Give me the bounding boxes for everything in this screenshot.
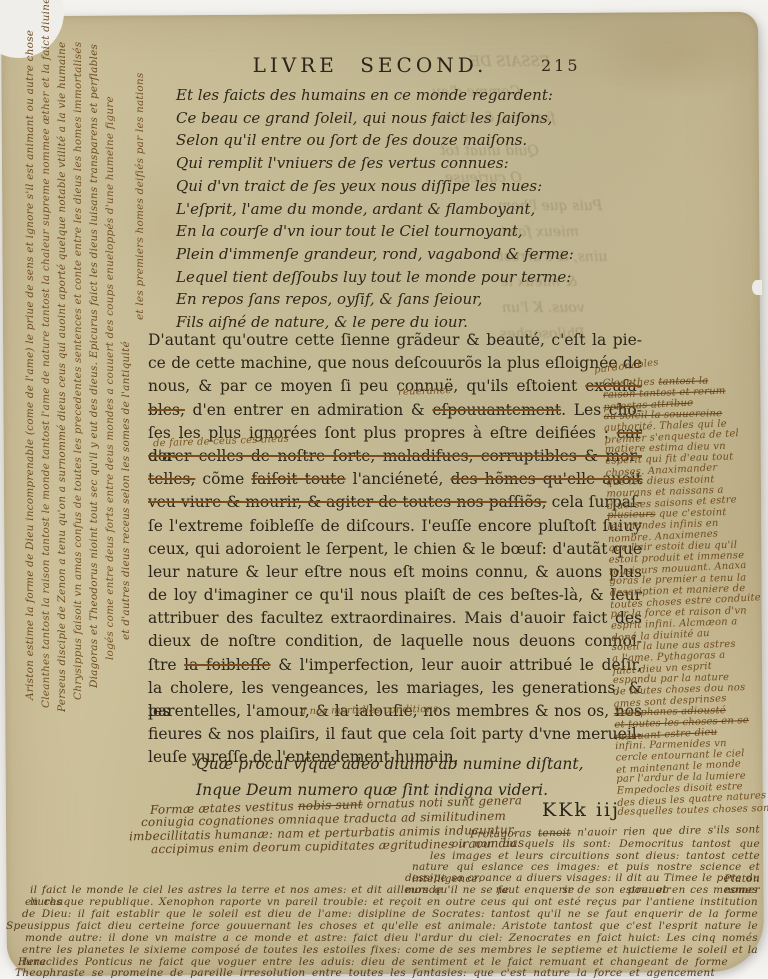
prose-line: D'autant qu'outre cette ſienne grãdeur &… [148, 329, 642, 352]
verse-line: Plein d'immenſe grandeur, rond, vagabond… [176, 243, 574, 266]
text-segment: Diagoras et Theodorus nioint tout sec qu… [88, 44, 100, 688]
verse-block: Et les faicts des humains en ce monde re… [176, 84, 574, 334]
prose-line: fieures & nos plaiſirs, il faut que cela… [148, 723, 642, 746]
text-segment: ce de cette machine, que nous deſcouurõs… [148, 354, 642, 372]
text-segment: Cleanthes [602, 377, 658, 389]
text-segment: Quæ procul vſque adeo diuino ab numine d… [196, 755, 584, 773]
text-segment: L'eſprit, l'ame du monde, ardant & flamb… [176, 200, 535, 218]
prose-line: ce de cette machine, que nous deſcouurõs… [148, 352, 642, 375]
handwritten-line: ou non ou quels ils sont: Democritus tan… [452, 838, 760, 850]
text-segment: logés come entre deus forts entre deus m… [104, 96, 116, 660]
handwritten-vertical-line: et d'autres dieus receus selon les somes… [120, 341, 132, 640]
latin-verse-block: Quæ procul vſque adeo diuino ab numine d… [196, 752, 584, 803]
prose-line: veu viure & mourir, & agiter de toutes n… [148, 491, 642, 514]
prose-line: leur nature & leur eſtre nous eſt moins … [148, 561, 642, 584]
prose-line: de loy d'imaginer ce qu'il nous plaiſt d… [148, 584, 642, 607]
text-segment: l'anciéneté, [346, 470, 451, 488]
text-segment: d'en entrer en admiration & [185, 401, 432, 419]
text-segment: ſe l'extreme foibleſſe de diſcours. I'eu… [148, 517, 642, 535]
prose-line: bles, d'en entrer en admiration & eſpouu… [148, 399, 642, 422]
text-segment: monde autre: il done vn maistre a ce mon… [25, 932, 758, 944]
signature-mark: KKk iij [542, 799, 620, 821]
prose-line: ſe l'extreme foibleſſe de diſcours. I'eu… [148, 515, 642, 538]
text-segment: et d'autres dieus receus selon les somes… [120, 341, 132, 640]
prose-line: nous, & par ce moyen ſi peu connuë, qu'i… [148, 375, 642, 398]
text-segment: nous, & par ce moyen ſi peu connuë, qu'i… [148, 377, 585, 395]
paper-chip [752, 280, 762, 295]
prose-line: telles, cõme faiſoit toute l'anciéneté, … [148, 468, 642, 491]
handwritten-line: monde autre: il done vn maistre a ce mon… [25, 932, 758, 944]
verse-line: Ce beau ce grand ſoleil, qui nous faict … [176, 107, 574, 130]
text-segment: Et les faicts des humains en ce monde re… [176, 86, 553, 104]
struck-text: faiſoit toute [251, 470, 345, 488]
handwritten-vertical-line: logés come entre deus forts entre deus m… [104, 96, 116, 660]
text-segment: fieures & nos plaiſirs, il faut que cela… [148, 725, 642, 743]
prose-line: ſtre la foibleſſe & l'imperfection, leur… [148, 654, 642, 677]
text-segment: Theophraste se promeine de pareille irre… [15, 967, 715, 979]
verse-line: L'eſprit, l'ame du monde, ardant & flamb… [176, 198, 574, 221]
struck-text: veu viure & mourir, & agiter de toutes n… [148, 493, 547, 511]
text-segment: D'autant qu'outre cette ſienne grãdeur &… [148, 331, 642, 349]
handwritten-line: Theophraste se promeine de pareille irre… [15, 967, 715, 979]
text-segment: en chaque republique. Xenophon raporte v… [25, 896, 758, 908]
text-segment: dieux de noſtre condition, de laquelle n… [148, 632, 642, 650]
text-segment: Selon qu'il entre ou ſort de ſes douze m… [176, 131, 527, 149]
struck-text: la foibleſſe [184, 656, 271, 674]
struck-text: eſpouuantement [432, 401, 561, 419]
struck-text: tantost la [658, 375, 708, 387]
verse-line: Qui d'vn traict de ſes yeux nous diſſipe… [176, 175, 574, 198]
latin-verse-line: Quæ procul vſque adeo diuino ab numine d… [196, 752, 584, 778]
text-segment: Qui d'vn traict de ſes yeux nous diſſipe… [176, 177, 542, 195]
folio-number: 215 [541, 56, 581, 75]
verse-line: En repos ſans repos, oyſif, & ſans ſeiou… [176, 288, 574, 311]
manuscript-photo: ESSAIS DEComme d'aufortune, & autresQuid… [0, 0, 768, 979]
right-margin-annotations: Cleanthes tantost laraison tantost et re… [602, 373, 768, 818]
text-segment: Lequel tient deſſoubs luy tout le monde … [176, 268, 571, 286]
text-segment: Qui remplit l'vniuers de ſes vertus conn… [176, 154, 509, 172]
verse-line: Lequel tient deſſoubs luy tout le monde … [176, 266, 574, 289]
verse-line: Selon qu'il entre ou ſort de ſes douze m… [176, 129, 574, 152]
text-segment: & l'imperfection, leur auoir attribué le… [271, 656, 642, 674]
struck-text: plusieurs [607, 509, 656, 521]
text-segment: leur nature & leur eſtre nous eſt moins … [148, 563, 642, 581]
text-segment: ceux, qui adoroient le ſerpent, le chien… [148, 540, 642, 558]
handwritten-vertical-line: et les premiers homes deifiés par les na… [134, 73, 146, 320]
prose-line: dorer celles de noſtre ſorte, maladifues… [148, 445, 642, 468]
verse-line: Et les faicts des humains en ce monde re… [176, 84, 574, 107]
handwritten-line: de Dieu: il fait establir que le soleil … [22, 908, 758, 920]
text-segment: que c'estoint [655, 507, 726, 520]
handwritten-vertical-line: Chrysippus faisoit vn amas confus de tou… [72, 42, 84, 700]
text-segment: ou non ou quels ils sont: Democritus tan… [452, 838, 760, 850]
prose-line: attribuer des facultez extraordinaires. … [148, 607, 642, 630]
text-segment: Ariston estime la forme de Dieu incompre… [24, 30, 36, 700]
text-segment: attribuer des facultez extraordinaires. … [148, 609, 642, 627]
text-segment: et les premiers homes deifiés par les na… [134, 73, 146, 320]
text-segment: de Dieu: il fait establir que le soleil … [22, 908, 758, 920]
handwritten-line: Speusippus faict dieu certeine force gou… [6, 920, 758, 932]
prose-line: dieux de noſtre condition, de laquelle n… [148, 630, 642, 653]
text-segment: Perseus disciple de Zenon a tenu qu'on a… [56, 42, 68, 712]
page-title: LIVRE SECOND. [130, 53, 610, 77]
handwritten-correction: reuerance [398, 385, 452, 398]
text-segment: Plein d'immenſe grandeur, rond, vagabond… [176, 245, 574, 263]
struck-text: telles, [148, 470, 195, 488]
struck-text: bles, [148, 401, 185, 419]
verse-line: En la courſe d'vn iour tout le Ciel tour… [176, 220, 574, 243]
text-segment: ſtre [148, 656, 184, 674]
text-segment: cõme [195, 470, 251, 488]
text-segment: Speusippus faict dieu certeine force gou… [6, 920, 758, 932]
handwritten-line: en chaque republique. Xenophon raporte v… [25, 896, 758, 908]
verse-line: Qui remplit l'vniuers de ſes vertus conn… [176, 152, 574, 175]
handwritten-vertical-line: Cleanthes tantost la raison tantost le m… [40, 0, 52, 708]
handwritten-vertical-line: Diagoras et Theodorus nioint tout sec qu… [88, 44, 100, 688]
text-segment: Ce beau ce grand ſoleil, qui nous faict … [176, 109, 552, 127]
text-segment: de loy d'imaginer ce qu'il nous plaiſt d… [148, 586, 642, 604]
text-segment: En la courſe d'vn iour tout le Ciel tour… [176, 222, 523, 240]
struck-text: dorer celles de noſtre ſorte, maladifues… [148, 447, 642, 465]
prose-block: D'autant qu'outre cette ſienne grãdeur &… [148, 329, 642, 770]
handwritten-vertical-line: Perseus disciple de Zenon a tenu qu'on a… [56, 42, 68, 712]
prose-line: la cholere, les vengeances, les mariages… [148, 677, 642, 700]
prose-line: ceux, qui adoroient le ſerpent, le chien… [148, 538, 642, 561]
text-segment: reuerance [398, 385, 452, 398]
handwritten-vertical-line: Ariston estime la forme de Dieu incompre… [24, 30, 36, 700]
text-segment: Cleanthes tantost la raison tantost le m… [40, 0, 52, 708]
text-segment: En repos ſans repos, oyſif, & ſans ſeiou… [176, 290, 482, 308]
text-segment: Chrysippus faisoit vn amas confus de tou… [72, 42, 84, 700]
